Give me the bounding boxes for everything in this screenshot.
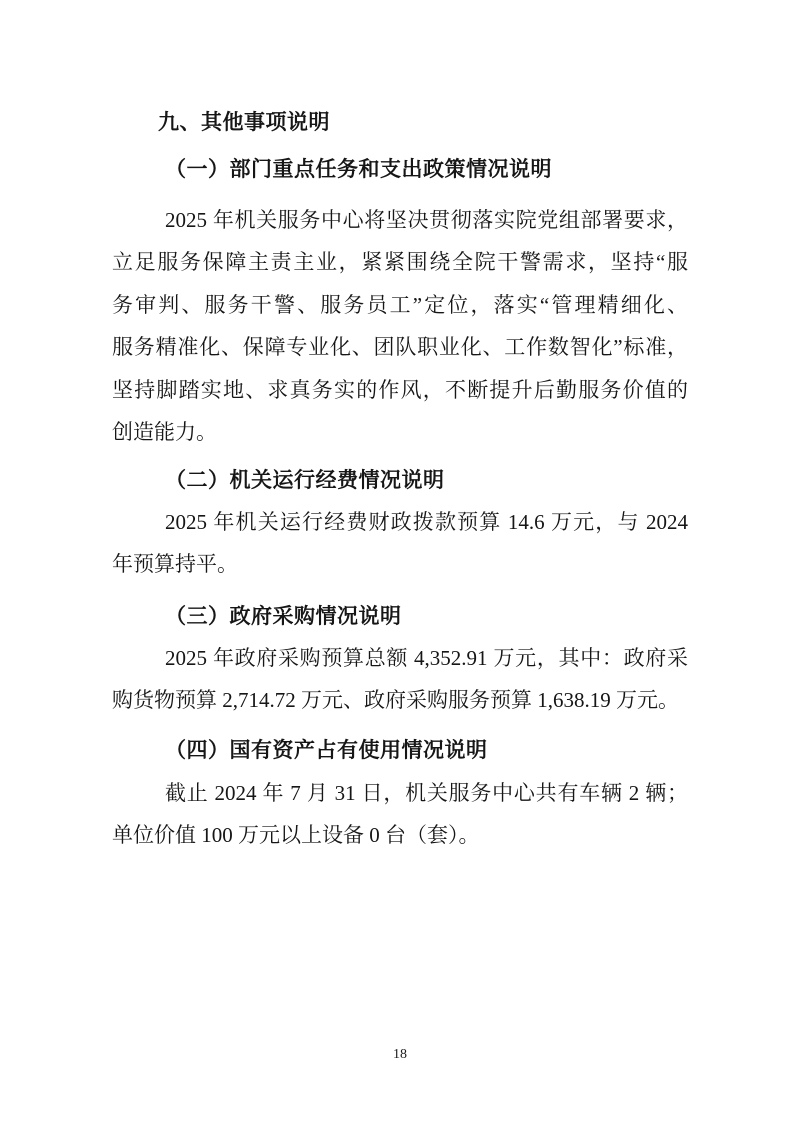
paragraph-line: 立足服务保障主责主业，紧紧围绕全院干警需求，坚持“服 xyxy=(112,241,688,283)
paragraph-line: 创造能力。 xyxy=(112,411,688,453)
paragraph-line: 单位价值 100 万元以上设备 0 台（套）。 xyxy=(112,814,688,856)
paragraph-line: 务审判、服务干警、服务员工”定位，落实“管理精细化、 xyxy=(112,284,688,326)
section-paragraph-4: 截止 2024 年 7 月 31 日，机关服务中心共有车辆 2 辆； 单位价值 … xyxy=(112,772,688,857)
section-heading-3: （三）政府采购情况说明 xyxy=(112,595,688,637)
section-paragraph-3: 2025 年政府采购预算总额 4,352.91 万元，其中：政府采 购货物预算 … xyxy=(112,637,688,722)
section-paragraph-2: 2025 年机关运行经费财政拨款预算 14.6 万元，与 2024 年预算持平。 xyxy=(112,501,688,586)
paragraph-line: 年预算持平。 xyxy=(112,543,688,585)
paragraph-line: 2025 年机关运行经费财政拨款预算 14.6 万元，与 2024 xyxy=(112,501,688,543)
paragraph-line: 坚持脚踏实地、求真务实的作风，不断提升后勤服务价值的 xyxy=(112,369,688,411)
paragraph-line: 服务精准化、保障专业化、团队职业化、工作数智化”标准， xyxy=(112,326,688,368)
paragraph-line: 2025 年机关服务中心将坚决贯彻落实院党组部署要求， xyxy=(112,199,688,241)
paragraph-line: 2025 年政府采购预算总额 4,352.91 万元，其中：政府采 xyxy=(112,637,688,679)
section-heading-4: （四）国有资产占有使用情况说明 xyxy=(112,729,688,771)
section-paragraph-1: 2025 年机关服务中心将坚决贯彻落实院党组部署要求， 立足服务保障主责主业，紧… xyxy=(112,199,688,453)
document-title: 九、其他事项说明 xyxy=(112,101,688,143)
section-heading-2: （二）机关运行经费情况说明 xyxy=(112,459,688,501)
page-number: 18 xyxy=(0,1045,800,1065)
paragraph-line: 截止 2024 年 7 月 31 日，机关服务中心共有车辆 2 辆； xyxy=(112,772,688,814)
section-heading-1: （一）部门重点任务和支出政策情况说明 xyxy=(112,148,688,190)
document-page: 九、其他事项说明 （一）部门重点任务和支出政策情况说明 2025 年机关服务中心… xyxy=(0,0,800,1131)
paragraph-line: 购货物预算 2,714.72 万元、政府采购服务预算 1,638.19 万元。 xyxy=(112,679,688,721)
